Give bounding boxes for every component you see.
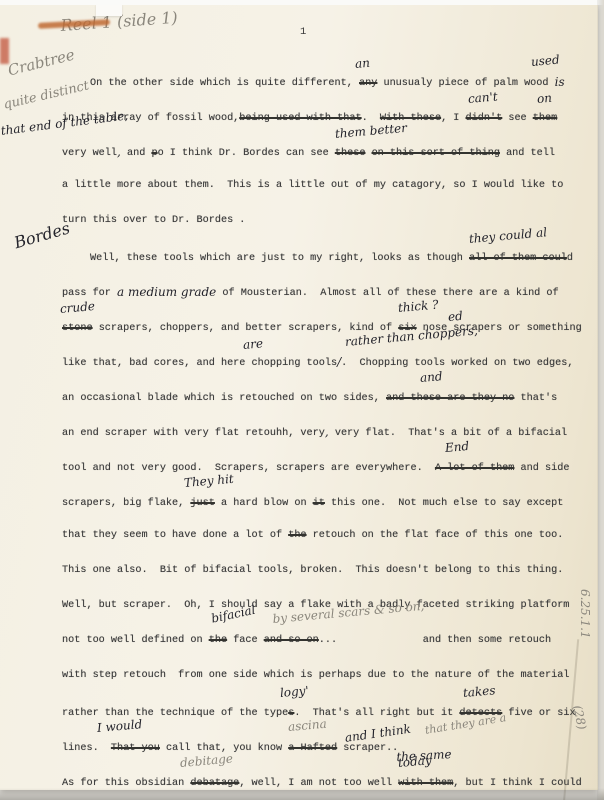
torn-notch: [96, 4, 122, 16]
struck-text: A lot of them: [435, 463, 514, 474]
typescript-line: like that, bad cores, and hereare choppi…: [62, 354, 573, 371]
handwritten-edit: a medium grade: [117, 285, 216, 299]
struck-text: didn't: [466, 113, 503, 124]
typed-text: like that, bad cores, and here: [62, 358, 245, 369]
handwritten-edit: thick ?: [398, 301, 399, 315]
typed-text: pass for: [62, 288, 117, 299]
typed-text: ... and then some retouch: [319, 635, 551, 646]
struck-text: the: [288, 530, 306, 541]
typed-text: a hard blow on: [215, 498, 313, 509]
typed-text: and side: [514, 463, 569, 474]
handwritten-edit: logy': [280, 686, 281, 700]
scan-edge-top: [0, 0, 604, 5]
handwritten-edit: they could al: [468, 232, 469, 246]
annotation-speaker-bordes: Bordes: [12, 218, 72, 252]
typed-text: and tell: [500, 148, 555, 159]
struck-text: a Hafted: [288, 743, 337, 754]
scanned-typescript-page: { "document": { "page_number": "1", "col…: [0, 0, 604, 800]
typescript-line: This one also. Bit of bifacial tools, br…: [62, 564, 563, 578]
struck-text: and these are they no: [386, 393, 514, 404]
handwritten-edit: crude: [59, 302, 60, 316]
typed-text: d: [567, 253, 573, 264]
typescript-line: not too well defined on the face and so …: [62, 634, 551, 648]
typed-text: that they seem to have done a lot of: [62, 530, 288, 541]
handwritten-edit: ,: [117, 145, 121, 159]
typescript-line: scrapers, big flake, They hitjust a hard…: [62, 494, 563, 511]
struck-text: That you: [111, 743, 160, 754]
handwritten-edit: an: [354, 57, 355, 71]
typed-text: chopping tools: [245, 358, 337, 369]
handwritten-edit: is: [555, 75, 565, 89]
handwritten-edit: on: [536, 92, 537, 106]
struck-text: stone: [62, 323, 93, 334]
handwritten-edit: I would: [96, 721, 97, 735]
typescript-line: crudestone scrapers, choppers, and bette…: [62, 319, 582, 336]
struck-text: just: [190, 498, 214, 509]
typed-text: scrapers, choppers, and better scrapers,…: [93, 323, 399, 334]
typescript-line: On the other side which is quite differe…: [90, 74, 565, 91]
page-number: 1: [300, 26, 306, 38]
typed-text: This one also. Bit of bifacial tools, br…: [62, 565, 563, 576]
struck-text: these: [335, 148, 366, 159]
typescript-line: pass for a medium grade of Mousterian. A…: [62, 284, 559, 301]
handwritten-edit: ascina: [288, 720, 289, 734]
handwritten-edit: used: [530, 55, 531, 69]
struck-text: and so on: [264, 635, 319, 646]
annotation-note-the-same: the same: [396, 747, 452, 764]
handwritten-edit: and: [419, 371, 420, 385]
typed-text: an end scraper with very flat retouhh, v…: [62, 428, 325, 439]
typescript-line: that they seem to have done a lot of the…: [62, 529, 563, 543]
typed-text: turn this over to Dr. Bordes .: [62, 215, 245, 226]
typed-text: retouch on the flat face of this one too…: [307, 530, 564, 541]
typed-text: rather than the technique of the type: [62, 708, 288, 719]
typescript-line: tool and not very good. Scrapers, scrape…: [62, 459, 569, 476]
handwritten-edit: ,: [325, 425, 329, 439]
annotation-note-quite-distinct: quite distinct: [2, 78, 90, 112]
handwritten-edit: /: [337, 355, 341, 369]
typed-text: tool and not very good. Scrapers, scrape…: [62, 463, 435, 474]
typescript-line: with step retouch from one side which is…: [62, 669, 569, 683]
typed-text: with step retouch from one side which is…: [62, 670, 569, 681]
typed-text: scrapers, big flake,: [62, 498, 190, 509]
struck-text: any: [359, 78, 377, 89]
typed-text: five or six: [502, 708, 575, 719]
struck-text: it: [313, 498, 325, 509]
struck-text: them: [533, 113, 557, 124]
typed-text: On the other side which is quite differe…: [90, 78, 359, 89]
typescript-line: very well, and po I think Dr. Bordes can…: [62, 144, 555, 161]
struck-text: the: [209, 635, 227, 646]
typed-text: face: [227, 635, 264, 646]
typed-text: Well, these tools which are just to my r…: [90, 253, 469, 264]
typescript-line: in this array of fossil wood,being used …: [62, 109, 557, 126]
annotation-speaker-crabtree: Crabtree: [6, 46, 76, 80]
annotation-catalog-number: 6.25.1.1: [578, 589, 592, 639]
typed-text: this one. Not much else to say except: [325, 498, 563, 509]
typed-text: . Chopping tools worked on two edges,: [341, 358, 573, 369]
typed-text: very flat. That's a bit of a bifacial: [329, 428, 567, 439]
typescript-line: an occasional blade which is retouched o…: [62, 389, 557, 406]
handwritten-edit: They hit: [184, 476, 185, 490]
struck-text: on this sort of thing: [372, 148, 500, 159]
typescript-line: Well, these tools which are just to my r…: [90, 249, 573, 266]
typescript-line: a little more about them. This is a litt…: [62, 179, 563, 193]
struck-text: being used with that: [239, 113, 361, 124]
typed-text: see: [502, 113, 533, 124]
typed-text: unusualy piece of palm wood: [377, 78, 554, 89]
typed-text: an occasional blade which is retouched o…: [62, 393, 386, 404]
handwritten-edit: them better: [334, 127, 335, 141]
handwritten-edit: can't: [467, 92, 468, 106]
typed-text: that's: [514, 393, 557, 404]
typed-text: of Mousterian. Almost all of these there…: [216, 288, 558, 299]
scan-edge-right: [597, 0, 604, 800]
typed-text: lines.: [62, 743, 111, 754]
red-edge-mark: [0, 38, 9, 64]
typed-text: a little more about them. This is a litt…: [62, 180, 563, 191]
typed-text: , I: [441, 113, 465, 124]
handwritten-edit: debitage: [180, 756, 181, 770]
handwritten-edit: ed: [448, 310, 449, 324]
handwritten-edit: End: [444, 441, 445, 455]
typed-text: very well: [62, 148, 117, 159]
handwritten-edit: are: [243, 338, 244, 352]
scan-edge-bottom: [0, 788, 604, 800]
handwritten-edit: rather than choppers,: [344, 335, 345, 349]
handwritten-edit: takes: [463, 686, 464, 700]
typescript-line: turn this over to Dr. Bordes .: [62, 214, 245, 228]
typescript-line: an end scraper with very flat retouhh, v…: [62, 424, 567, 441]
struck-text: all of them coul: [469, 253, 567, 264]
typed-text: not too well defined on: [62, 635, 209, 646]
typed-text: o I think Dr. Bordes can see: [158, 148, 335, 159]
paper-sheet: 1 On the other side which is quite diffe…: [0, 4, 598, 790]
typed-text: and: [121, 148, 152, 159]
